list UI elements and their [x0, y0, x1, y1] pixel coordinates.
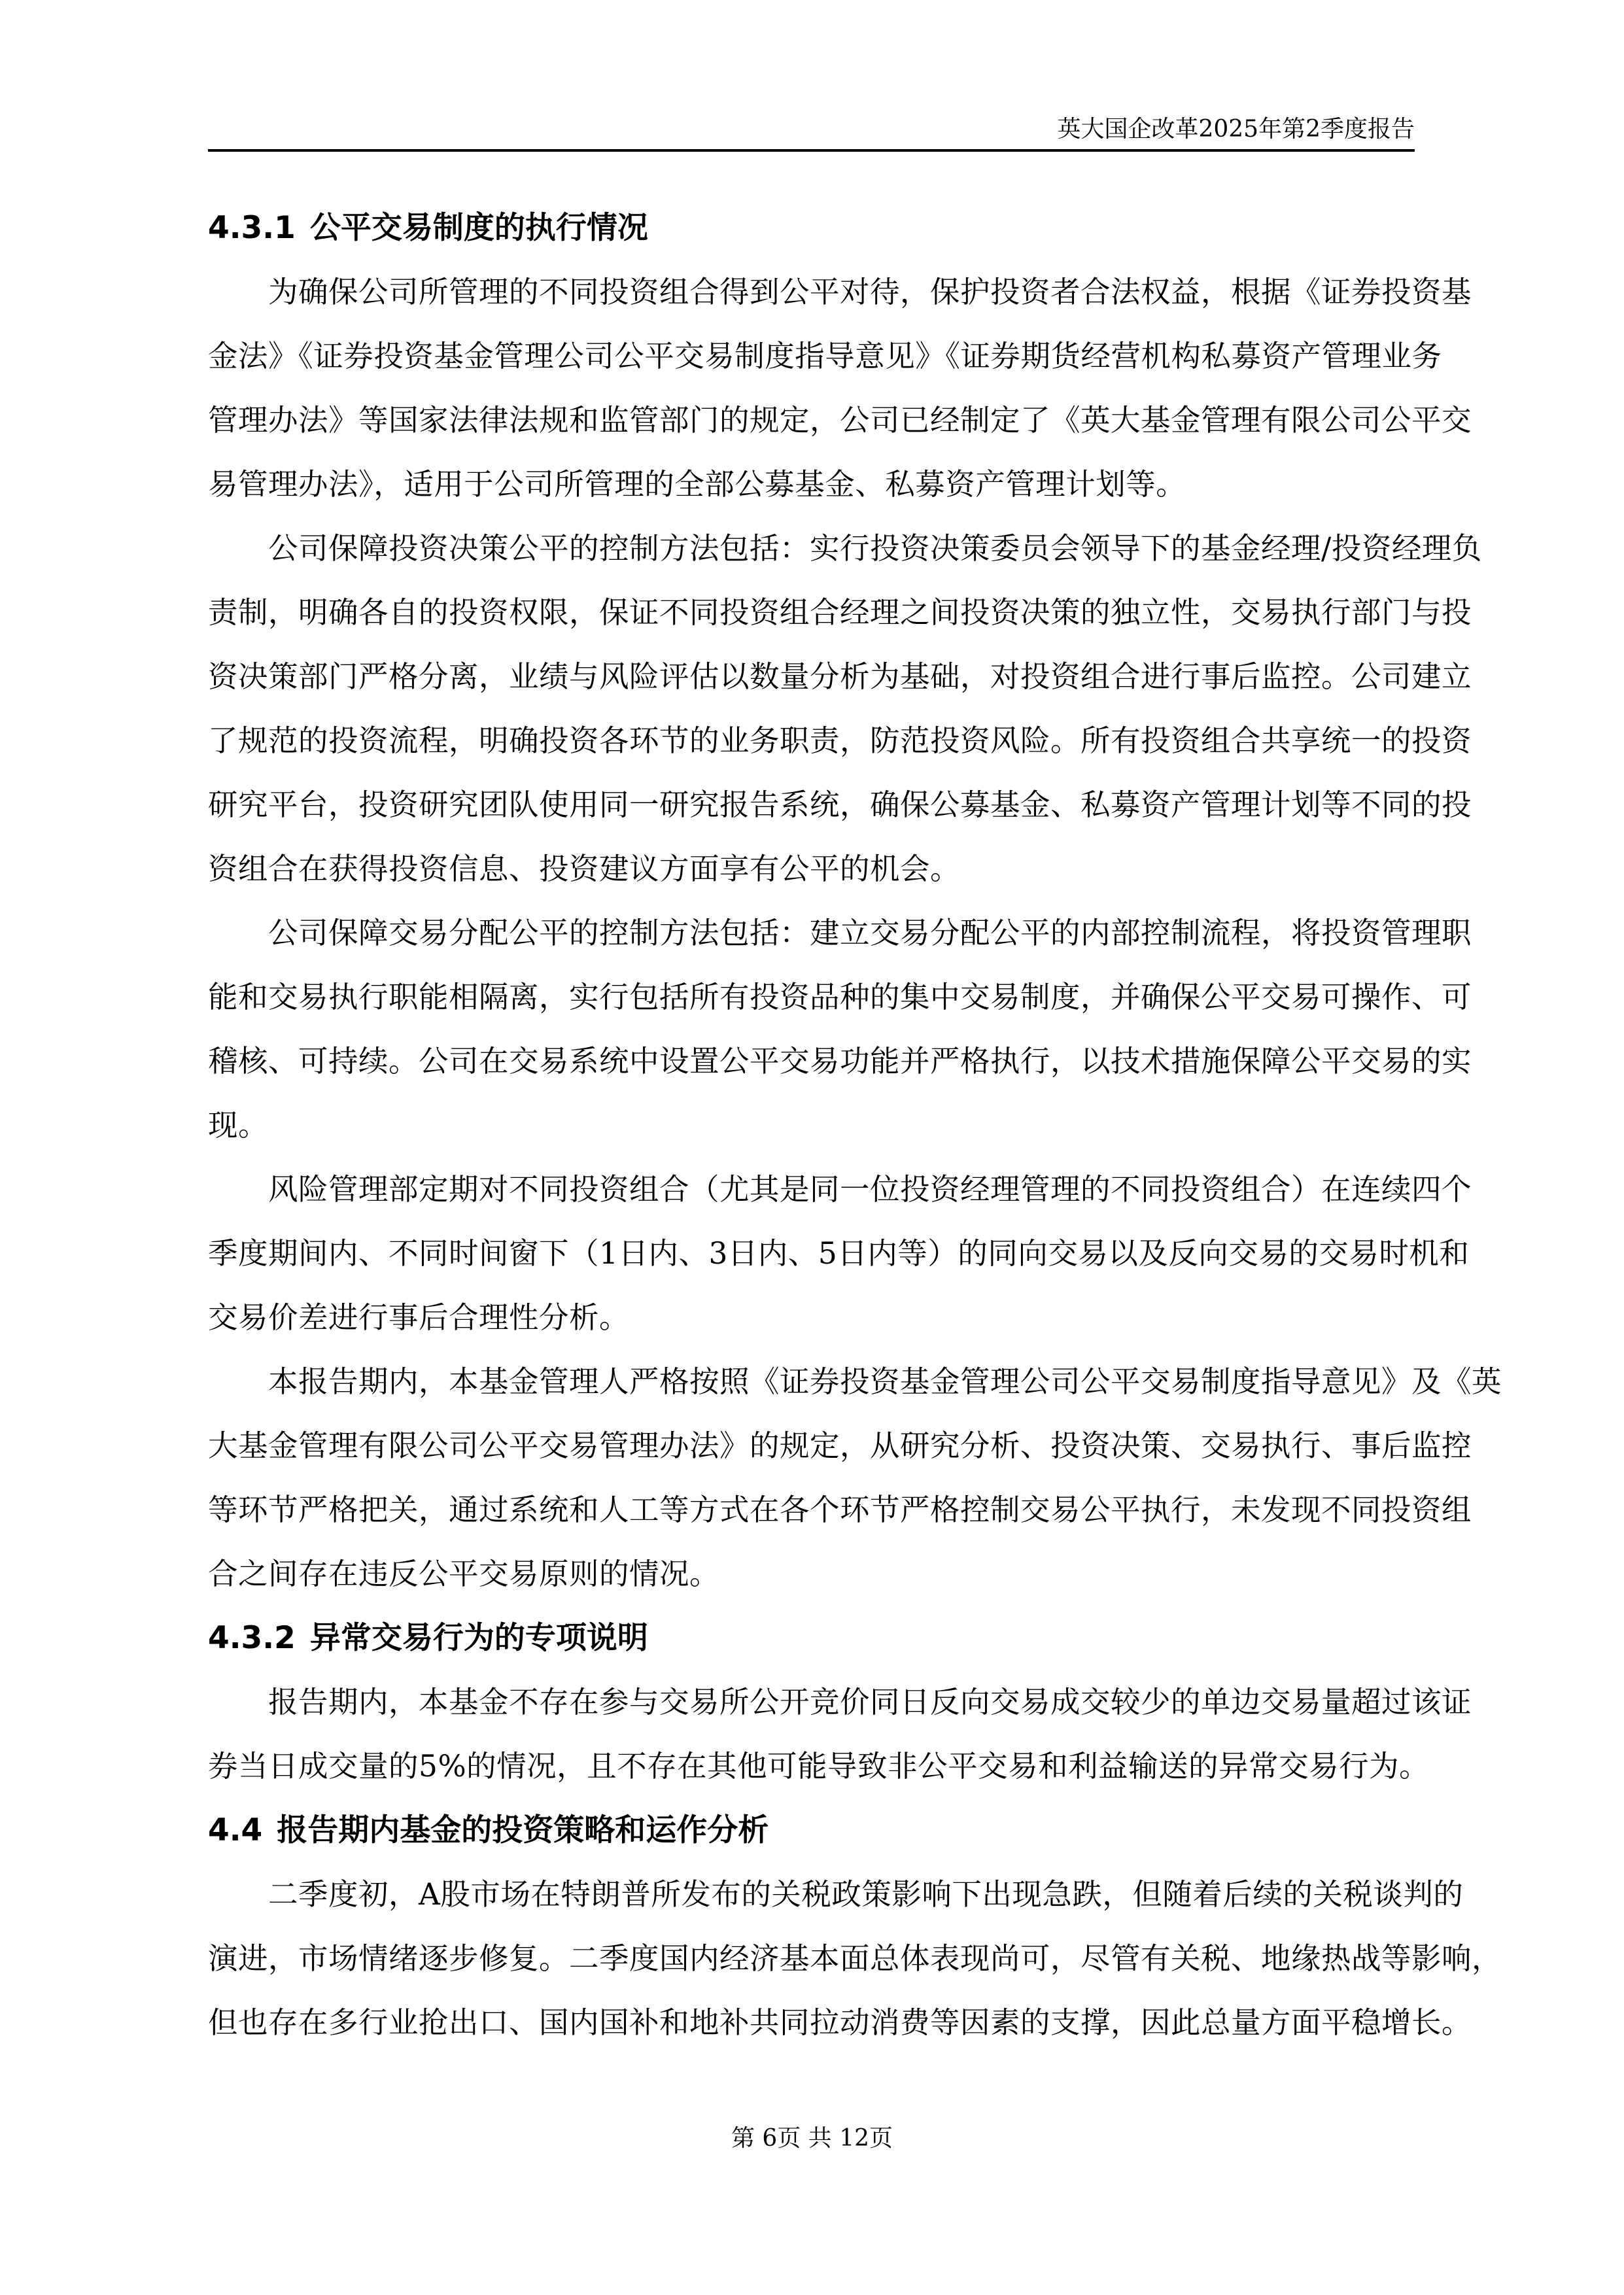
- text-line: 报告期内，本基金不存在参与交易所公开竞价同日反向交易成交较少的单边交易量超过该证: [208, 1670, 1415, 1734]
- running-header: 英大国企改革2025年第2季度报告: [208, 110, 1415, 149]
- header-rule: [208, 149, 1415, 152]
- text-line: 金法》《证券投资基金管理公司公平交易制度指导意见》《证券期货经营机构私募资产管理…: [208, 324, 1415, 388]
- paragraph: 报告期内，本基金不存在参与交易所公开竞价同日反向交易成交较少的单边交易量超过该证…: [208, 1670, 1415, 1799]
- paragraph: 为确保公司所管理的不同投资组合得到公平对待，保护投资者合法权益，根据《证券投资基…: [208, 260, 1415, 517]
- section-heading: 4.3.1公平交易制度的执行情况: [208, 196, 1415, 260]
- section-heading: 4.4报告期内基金的投资策略和运作分析: [208, 1799, 1415, 1863]
- page-content: 4.3.1公平交易制度的执行情况 为确保公司所管理的不同投资组合得到公平对待，保…: [208, 196, 1415, 2055]
- text-line: 了规范的投资流程，明确投资各环节的业务职责，防范投资风险。所有投资组合共享统一的…: [208, 709, 1415, 773]
- text-line: 风险管理部定期对不同投资组合（尤其是同一位投资经理管理的不同投资组合）在连续四个: [208, 1158, 1415, 1222]
- text-line: 为确保公司所管理的不同投资组合得到公平对待，保护投资者合法权益，根据《证券投资基: [208, 260, 1415, 324]
- text-line: 资决策部门严格分离，业绩与风险评估以数量分析为基础，对投资组合进行事后监控。公司…: [208, 645, 1415, 709]
- text-line: 本报告期内，本基金管理人严格按照《证券投资基金管理公司公平交易制度指导意见》及《…: [208, 1350, 1415, 1414]
- paragraph: 风险管理部定期对不同投资组合（尤其是同一位投资经理管理的不同投资组合）在连续四个…: [208, 1158, 1415, 1350]
- text-line: 演进，市场情绪逐步修复。二季度国内经济基本面总体表现尚可，尽管有关税、地缘热战等…: [208, 1927, 1415, 1991]
- text-line: 稽核、可持续。公司在交易系统中设置公平交易功能并严格执行，以技术措施保障公平交易…: [208, 1029, 1415, 1094]
- text-line: 管理办法》等国家法律法规和监管部门的规定，公司已经制定了《英大基金管理有限公司公…: [208, 388, 1415, 453]
- text-line: 季度期间内、不同时间窗下（1日内、3日内、5日内等）的同向交易以及反向交易的交易…: [208, 1222, 1415, 1286]
- text-line: 公司保障投资决策公平的控制方法包括：实行投资决策委员会领导下的基金经理/投资经理…: [208, 517, 1415, 581]
- section-number: 4.3.1: [208, 210, 296, 246]
- text-line: 交易价差进行事后合理性分析。: [208, 1286, 1415, 1350]
- text-line: 易管理办法》，适用于公司所管理的全部公募基金、私募资产管理计划等。: [208, 453, 1415, 517]
- page-footer: 第 6页 共 12页: [0, 2119, 1624, 2158]
- section-title: 报告期内基金的投资策略和运作分析: [277, 1812, 769, 1848]
- section-heading: 4.3.2异常交易行为的专项说明: [208, 1606, 1415, 1670]
- text-line: 券当日成交量的5%的情况，且不存在其他可能导致非公平交易和利益输送的异常交易行为…: [208, 1734, 1415, 1799]
- paragraph: 二季度初，A股市场在特朗普所发布的关税政策影响下出现急跌，但随着后续的关税谈判的…: [208, 1863, 1415, 2055]
- text-line: 公司保障交易分配公平的控制方法包括：建立交易分配公平的内部控制流程，将投资管理职: [208, 901, 1415, 965]
- text-line: 现。: [208, 1094, 1415, 1158]
- text-line: 资组合在获得投资信息、投资建议方面享有公平的机会。: [208, 837, 1415, 901]
- text-line: 但也存在多行业抢出口、国内国补和地补共同拉动消费等因素的支撑，因此总量方面平稳增…: [208, 1991, 1415, 2055]
- text-line: 能和交易执行职能相隔离，实行包括所有投资品种的集中交易制度，并确保公平交易可操作…: [208, 965, 1415, 1029]
- text-line: 研究平台，投资研究团队使用同一研究报告系统，确保公募基金、私募资产管理计划等不同…: [208, 773, 1415, 837]
- section-number: 4.4: [208, 1812, 262, 1848]
- text-line: 大基金管理有限公司公平交易管理办法》的规定，从研究分析、投资决策、交易执行、事后…: [208, 1414, 1415, 1478]
- document-page: 英大国企改革2025年第2季度报告 4.3.1公平交易制度的执行情况 为确保公司…: [0, 0, 1624, 2295]
- text-line: 二季度初，A股市场在特朗普所发布的关税政策影响下出现急跌，但随着后续的关税谈判的: [208, 1863, 1415, 1927]
- section-title: 异常交易行为的专项说明: [310, 1620, 648, 1656]
- paragraph: 公司保障投资决策公平的控制方法包括：实行投资决策委员会领导下的基金经理/投资经理…: [208, 517, 1415, 901]
- text-line: 责制，明确各自的投资权限，保证不同投资组合经理之间投资决策的独立性，交易执行部门…: [208, 581, 1415, 645]
- section-number: 4.3.2: [208, 1620, 296, 1656]
- paragraph: 本报告期内，本基金管理人严格按照《证券投资基金管理公司公平交易制度指导意见》及《…: [208, 1350, 1415, 1606]
- section-4-3-1: 4.3.1公平交易制度的执行情况 为确保公司所管理的不同投资组合得到公平对待，保…: [208, 196, 1415, 1606]
- paragraph: 公司保障交易分配公平的控制方法包括：建立交易分配公平的内部控制流程，将投资管理职…: [208, 901, 1415, 1158]
- section-title: 公平交易制度的执行情况: [310, 210, 648, 246]
- text-line: 合之间存在违反公平交易原则的情况。: [208, 1542, 1415, 1606]
- section-4-3-2: 4.3.2异常交易行为的专项说明 报告期内，本基金不存在参与交易所公开竞价同日反…: [208, 1606, 1415, 1799]
- text-line: 等环节严格把关，通过系统和人工等方式在各个环节严格控制交易公平执行，未发现不同投…: [208, 1478, 1415, 1542]
- section-4-4: 4.4报告期内基金的投资策略和运作分析 二季度初，A股市场在特朗普所发布的关税政…: [208, 1799, 1415, 2055]
